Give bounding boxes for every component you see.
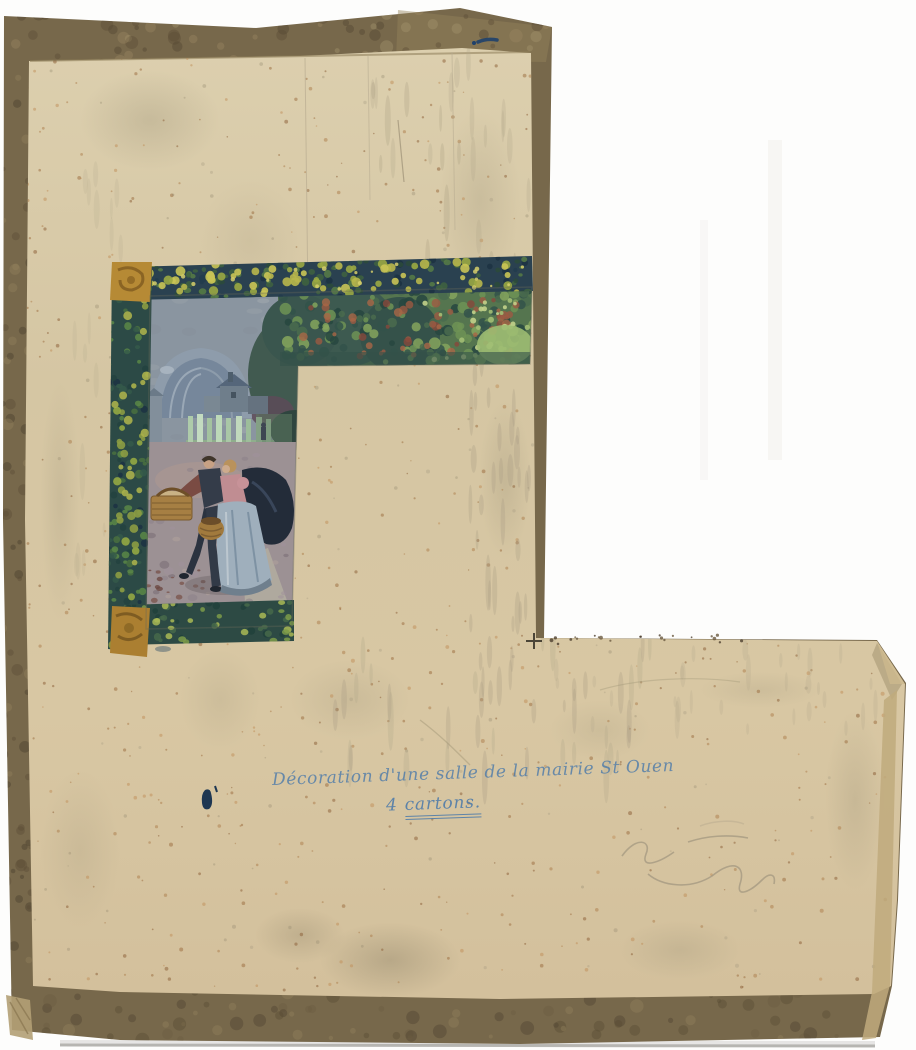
corner-ornament-bottom-left — [110, 606, 150, 657]
round-basket — [198, 517, 224, 540]
inscription-count: 4 — [386, 795, 398, 815]
background-streak — [768, 140, 782, 460]
artwork-scan — [0, 0, 916, 1050]
distant-figure — [261, 423, 266, 441]
inscription-line2: 4cartons. — [386, 792, 482, 815]
corner-ornament-top-left — [110, 262, 152, 302]
inscription-word-underlined: cartons. — [404, 792, 481, 820]
torn-corner-bottom-left — [6, 995, 33, 1040]
background-streak — [700, 220, 708, 480]
scanned-artwork-page: Décoration d'une salle de la mairie St O… — [0, 0, 916, 1050]
